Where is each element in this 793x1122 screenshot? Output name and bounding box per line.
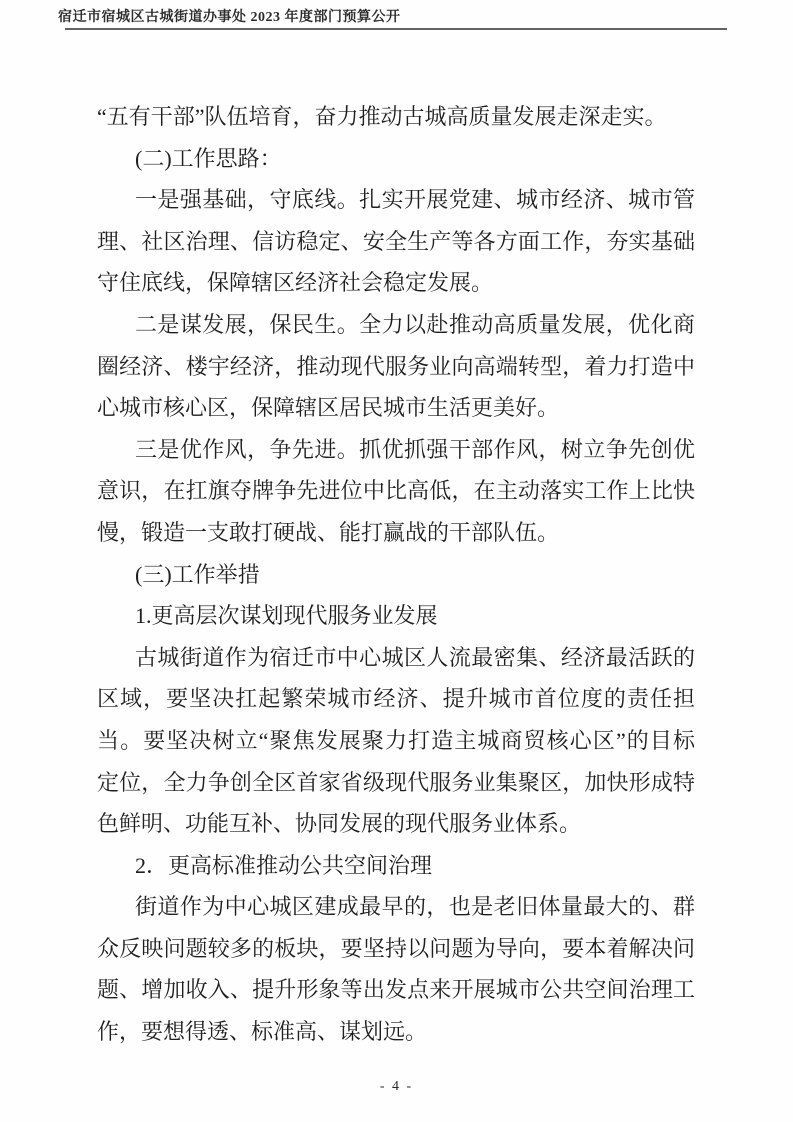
body-text-line: 一是强基础，守底线。扎实开展党建、城市经济、城市管 xyxy=(97,179,695,221)
body-text-line: 意识，在扛旗夺牌争先进位中比高低，在主动落实工作上比快 xyxy=(97,470,695,512)
body-text-line: 作，要想得透、标准高、谋划远。 xyxy=(97,1011,695,1053)
body-text-line: 1.更高层次谋划现代服务业发展 xyxy=(97,595,695,637)
body-text-line: (三)工作举措 xyxy=(97,554,695,596)
header-rule-line xyxy=(65,28,727,30)
body-text-line: 守住底线，保障辖区经济社会稳定发展。 xyxy=(97,262,695,304)
body-text-line: 三是优作风，争先进。抓优抓强干部作风，树立争先创优 xyxy=(97,429,695,471)
page-footer: - 4 - xyxy=(0,1077,793,1095)
body-text-line: 心城市核心区，保障辖区居民城市生活更美好。 xyxy=(97,387,695,429)
body-text-line: 古城街道作为宿迁市中心城区人流最密集、经济最活跃的 xyxy=(97,637,695,679)
body-text-line: 区域，要坚决扛起繁荣城市经济、提升城市首位度的责任担 xyxy=(97,678,695,720)
body-text-line: 定位，全力争创全区首家省级现代服务业集聚区，加快形成特 xyxy=(97,762,695,804)
body-text-line: 色鲜明、功能互补、协同发展的现代服务业体系。 xyxy=(97,803,695,845)
body-text-line: 圈经济、楼宇经济，推动现代服务业向高端转型，着力打造中 xyxy=(97,346,695,388)
body-text-line: 理、社区治理、信访稳定、安全生产等各方面工作，夯实基础 xyxy=(97,221,695,263)
body-text-line: 当。要坚决树立“聚焦发展聚力打造主城商贸核心区”的目标 xyxy=(97,720,695,762)
page-number: - 4 - xyxy=(380,1079,413,1094)
body-text-line: “五有干部”队伍培育，奋力推动古城高质量发展走深走实。 xyxy=(97,96,695,138)
body-text-line: 慢，锻造一支敢打硬战、能打赢战的干部队伍。 xyxy=(97,512,695,554)
header-title: 宿迁市宿城区古城街道办事处 2023 年度部门预算公开 xyxy=(58,9,401,27)
document-body: “五有干部”队伍培育，奋力推动古城高质量发展走深走实。(二)工作思路：一是强基础… xyxy=(97,96,695,1053)
body-text-line: 二是谋发展，保民生。全力以赴推动高质量发展，优化商 xyxy=(97,304,695,346)
body-text-line: 众反映问题较多的板块，要坚持以问题为导向，要本着解决问 xyxy=(97,928,695,970)
body-text-line: 2．更高标准推动公共空间治理 xyxy=(97,845,695,887)
body-text-line: 街道作为中心城区建成最早的，也是老旧体量最大的、群 xyxy=(97,886,695,928)
body-text-line: (二)工作思路： xyxy=(97,138,695,180)
body-text-line: 题、增加收入、提升形象等出发点来开展城市公共空间治理工 xyxy=(97,969,695,1011)
document-page: 宿迁市宿城区古城街道办事处 2023 年度部门预算公开 “五有干部”队伍培育，奋… xyxy=(0,0,793,1122)
